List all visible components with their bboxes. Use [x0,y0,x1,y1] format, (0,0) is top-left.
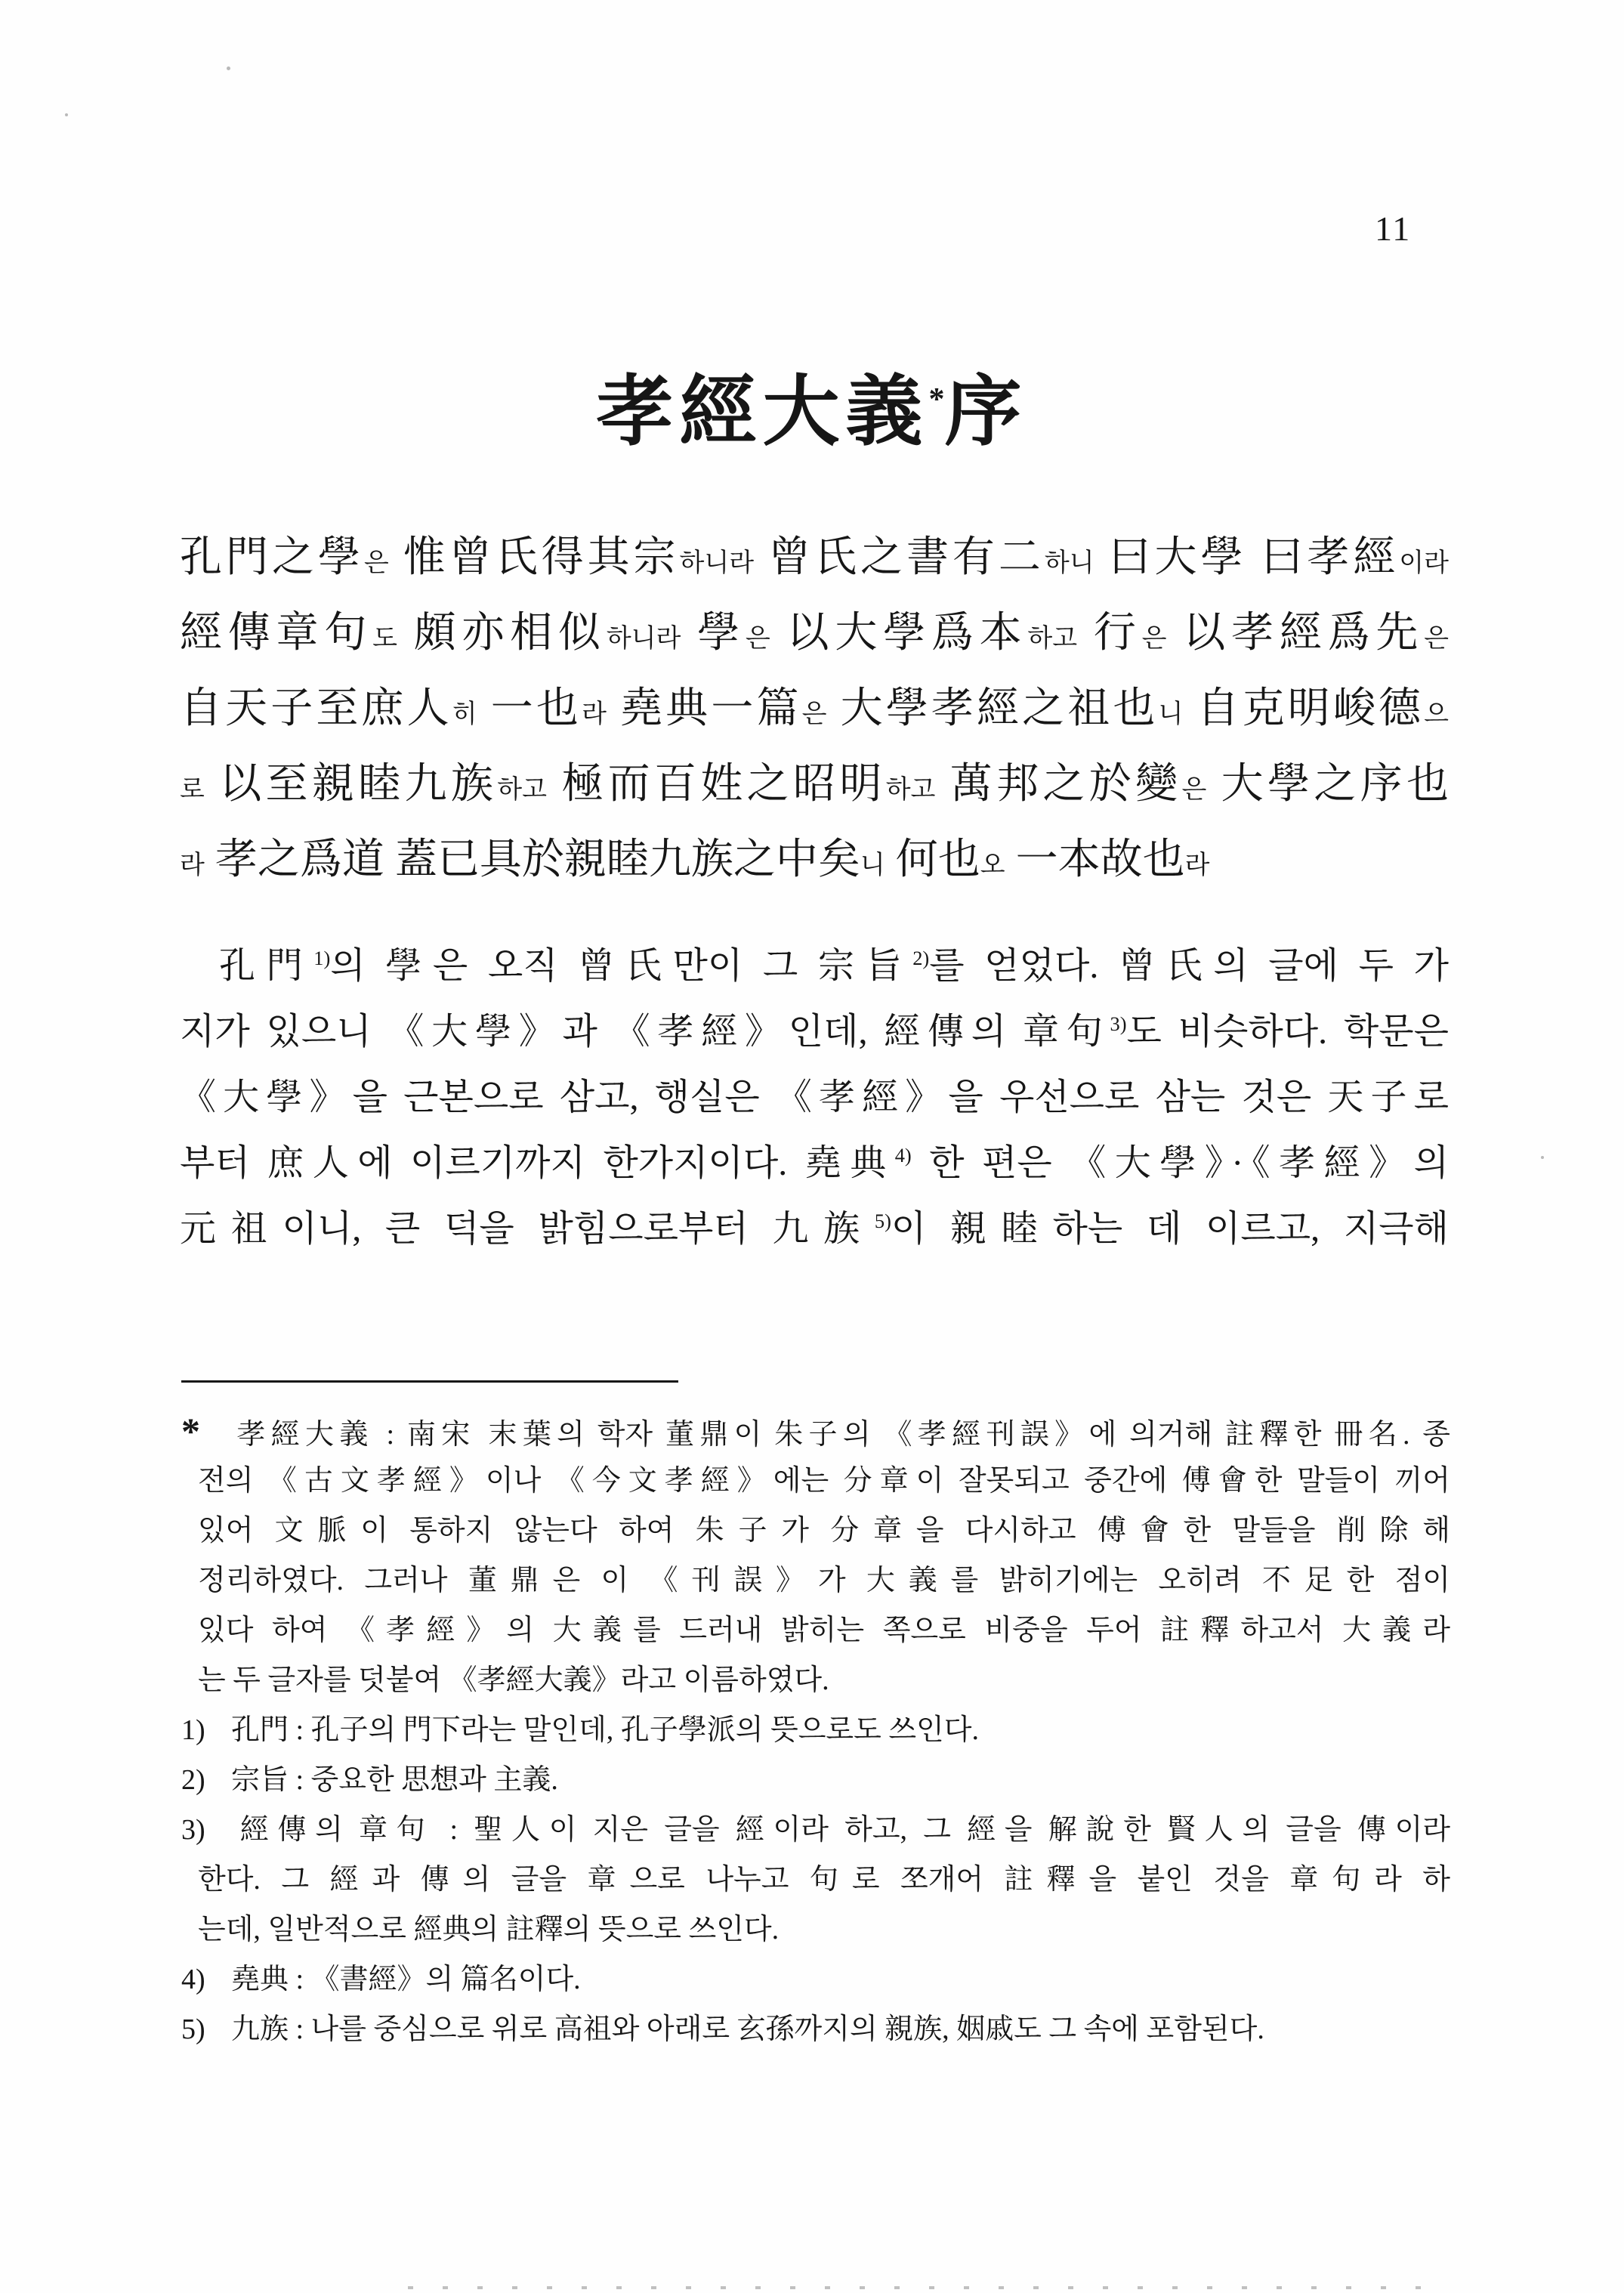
hanmun-line: 自天子至庶人히 一也라 堯典一篇은 大學孝經之祖也니 自克明峻德으 [180,671,1449,746]
footnote-line: 정리하였다. 그러나 董鼎은 이 《刊誤》가 大義를 밝히기에는 오히려 不足한… [181,1556,1450,1605]
footnote-line: 3)經傳의 章句 : 聖人이 지은 글을 經이라 하고, 그 經을 解說한 賢人… [181,1805,1450,1855]
reading-particle: 은 [1142,625,1167,653]
footnote-marker: 4) [181,1955,231,2004]
footnote-marker: 5) [181,2004,231,2054]
footnote-reference: 2) [912,947,929,969]
reading-particle: 하고 [497,776,547,804]
reading-particle: 도 [372,625,397,653]
reading-particle: 은 [364,549,389,577]
footnotes: *孝經大義 : 南宋 末葉의 학자 董鼎이 朱子의 《孝經刊誤》에 의거해 註釋… [181,1406,1450,2054]
reading-particle: 하니라 [680,549,755,577]
footnote-line: 는 두 글자를 덧붙여 《孝經大義》라고 이름하였다. [181,1655,1450,1705]
footnote-line: 는데, 일반적으로 經典의 註釋의 뜻으로 쓰인다. [181,1905,1450,1955]
translation-line: 元祖이니, 큰 덕을 밝힘으로부터 九族5)이 親睦하는 데 이르고, 지극해 [180,1196,1449,1262]
footnote-line: *孝經大義 : 南宋 末葉의 학자 董鼎이 朱子의 《孝經刊誤》에 의거해 註釋… [181,1406,1450,1456]
reading-particle: 으 [1424,700,1449,728]
korean-translation: 孔門1)의 學은 오직 曾氏만이 그 宗旨2)를 얻었다. 曾氏의 글에 두 가… [180,933,1449,1262]
footnote-line: 전의 《古文孝經》이나 《今文孝經》에는 分章이 잘못되고 중간에 傅會한 말들… [181,1456,1450,1506]
page-number: 11 [1375,212,1411,246]
reading-particle: 하니라 [607,625,681,653]
hanmun-line: 라 孝之爲道 蓋已具於親睦九族之中矣니 何也오 一本故也라 [180,822,1449,898]
scan-artifact [65,113,68,116]
reading-particle: 로 [180,776,205,804]
translation-line: 《大學》을 근본으로 삼고, 행실은 《孝經》을 우선으로 삼는 것은 天子로 [180,1065,1449,1130]
footnote-line: 4)堯典 : 《書經》의 篇名이다. [181,1955,1450,2004]
footnote-item: 5)九族 : 나를 중심으로 위로 高祖와 아래로 玄孫까지의 親族, 姻戚도 … [181,2004,1450,2054]
hanmun-line: 로 以至親睦九族하고 極而百姓之昭明하고 萬邦之於變은 大學之序也 [180,746,1449,822]
scan-artifact [1541,1156,1544,1159]
footnote-line: 5)九族 : 나를 중심으로 위로 高祖와 아래로 玄孫까지의 親族, 姻戚도 … [181,2004,1450,2054]
reading-particle: 라 [180,851,205,879]
footnote-marker: 3) [181,1805,231,1855]
footnote-item: 2)宗旨 : 중요한 思想과 主義. [181,1755,1450,1805]
reading-particle: 라 [1185,851,1210,879]
reading-particle: 이라 [1399,549,1449,577]
translation-line: 지가 있으니 《大學》과 《孝經》인데, 經傳의 章句3)도 비슷하다. 학문은 [180,999,1449,1065]
reading-particle: 은 [746,625,770,653]
reading-particle: 은 [1424,625,1449,653]
reading-particle: 니 [1159,700,1184,728]
footnote-marker: 1) [181,1705,231,1755]
page-title: 孝經大義*序 [0,367,1624,459]
footnote-reference: 4) [895,1144,912,1167]
footnote-marker: 2) [181,1755,231,1805]
translation-line: 부터 庶人에 이르기까지 한가지이다. 堯典4) 한 편은 《大學》·《孝經》의 [180,1130,1449,1196]
footnote-line: 한다. 그 經과 傳의 글을 章으로 나누고 句로 쪼개어 註釋을 붙인 것을 … [181,1855,1450,1905]
translation-line: 孔門1)의 學은 오직 曾氏만이 그 宗旨2)를 얻었다. 曾氏의 글에 두 가 [180,933,1449,999]
reading-particle: 히 [452,700,477,728]
footnote-marker: * [181,1406,231,1456]
footnote-reference: * [929,382,945,417]
footnote-separator [181,1380,678,1383]
reading-particle: 니 [860,851,885,879]
scan-artifact [408,2286,1450,2289]
footnote-item: 3)經傳의 章句 : 聖人이 지은 글을 經이라 하고, 그 經을 解說한 賢人… [181,1805,1450,1955]
reading-particle: 하고 [1027,625,1077,653]
footnote-item: 4)堯典 : 《書經》의 篇名이다. [181,1955,1450,2004]
footnote-line: 1)孔門 : 孔子의 門下라는 말인데, 孔子學派의 뜻으로도 쓰인다. [181,1705,1450,1755]
reading-particle: 라 [582,700,607,728]
footnote-reference: 1) [313,947,330,969]
footnote-reference: 3) [1110,1012,1127,1035]
footnote-reference: 5) [875,1210,891,1232]
footnote-line: 2)宗旨 : 중요한 思想과 主義. [181,1755,1450,1805]
footnote-item: *孝經大義 : 南宋 末葉의 학자 董鼎이 朱子의 《孝經刊誤》에 의거해 註釋… [181,1406,1450,1705]
hanmun-original-text: 孔門之學은 惟曾氏得其宗하니라 曾氏之書有二하니 曰大學 曰孝經이라經傳章句도 … [180,520,1449,898]
reading-particle: 하니 [1045,549,1095,577]
reading-particle: 은 [802,700,827,728]
hanmun-line: 經傳章句도 頗亦相似하니라 學은 以大學爲本하고 行은 以孝經爲先은 [180,595,1449,671]
scan-artifact [227,66,230,70]
footnote-line: 있다 하여 《孝經》의 大義를 드러내 밝히는 쪽으로 비중을 두어 註釋하고서… [181,1605,1450,1655]
reading-particle: 하고 [886,776,936,804]
reading-particle: 오 [980,851,1005,879]
hanmun-line: 孔門之學은 惟曾氏得其宗하니라 曾氏之書有二하니 曰大學 曰孝經이라 [180,520,1449,595]
footnote-line: 있어 文脈이 통하지 않는다 하여 朱子가 分章을 다시하고 傅會한 말들을 削… [181,1506,1450,1556]
footnote-item: 1)孔門 : 孔子의 門下라는 말인데, 孔子學派의 뜻으로도 쓰인다. [181,1705,1450,1755]
document-page: 11 孝經大義*序 孔門之學은 惟曾氏得其宗하니라 曾氏之書有二하니 曰大學 曰… [0,0,1624,2293]
reading-particle: 은 [1181,776,1206,804]
